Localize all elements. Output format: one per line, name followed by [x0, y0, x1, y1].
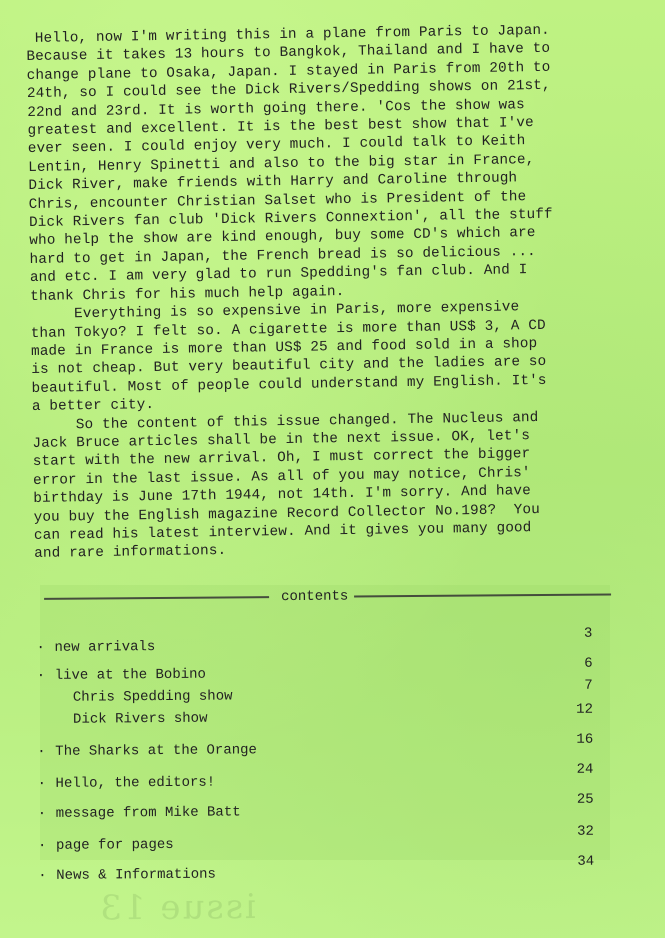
contents-entry-page: 12: [576, 702, 593, 718]
bullet-icon: ·: [37, 776, 55, 792]
contents-entry-label: ·page for pages: [38, 837, 174, 854]
contents-entry-page: 25: [577, 792, 594, 808]
bullet-icon: ·: [38, 868, 56, 884]
bullet-icon: ·: [37, 668, 55, 684]
contents-entry-label: ·Hello, the editors!: [37, 775, 215, 792]
contents-entry-page: 7: [584, 678, 593, 694]
divider-left: [44, 596, 269, 600]
bullet-icon: ·: [37, 744, 55, 760]
contents-entry-label: ·message from Mike Batt: [38, 804, 241, 822]
contents-entry-page: 24: [577, 762, 594, 778]
contents-entry-label: Chris Spedding show: [73, 688, 233, 705]
contents-list: ·new arrivals3·live at the Bobino6Chris …: [36, 605, 613, 880]
bullet-icon: ·: [36, 640, 54, 656]
contents-entry-page: 32: [577, 824, 594, 840]
contents-entry-page: 3: [584, 626, 593, 642]
contents-entry-page: 34: [577, 854, 594, 870]
contents-entry-label: ·new arrivals: [36, 639, 155, 656]
bullet-icon: ·: [38, 806, 56, 822]
contents-entry-label: ·live at the Bobino: [37, 667, 206, 684]
show-through-issue-text: issue 13: [98, 887, 256, 928]
bullet-icon: ·: [38, 838, 56, 854]
contents-entry-page: 16: [576, 732, 593, 748]
table-of-contents: contents ·new arrivals3·live at the Bobi…: [36, 583, 613, 880]
contents-entry-label: Dick Rivers show: [73, 711, 208, 728]
contents-entry-page: 6: [584, 656, 593, 672]
editor-letter: Hello, now I'm writing this in a plane f…: [26, 21, 624, 564]
contents-title: contents: [269, 589, 354, 606]
contents-entry-label: ·News & Informations: [38, 867, 216, 884]
contents-entry-label: ·The Sharks at the Orange: [37, 742, 257, 760]
divider-right: [354, 593, 611, 598]
